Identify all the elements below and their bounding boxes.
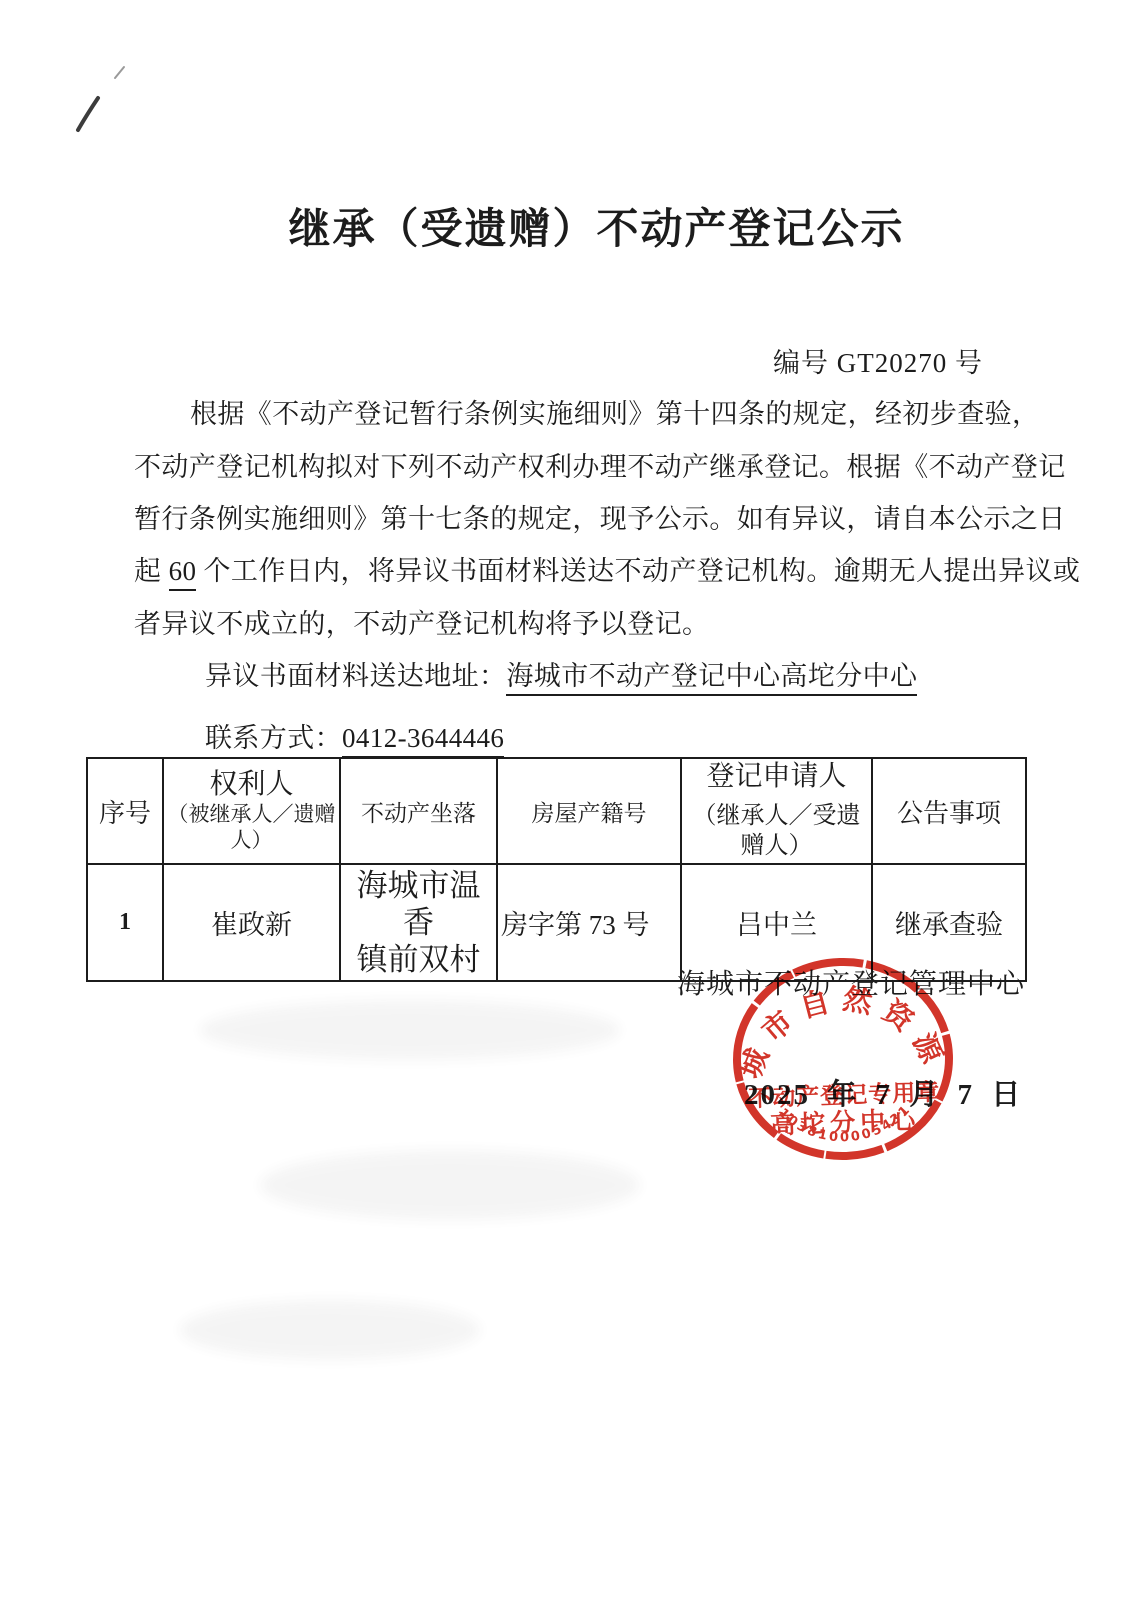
scan-smudge [200, 1000, 620, 1060]
scan-smudge [180, 1300, 480, 1360]
contact-line: 联系方式：0412-3644446 [134, 716, 1097, 755]
contact-phone-underlined: 0412-3644446 [342, 723, 504, 758]
address-label: 异议书面材料送达地址： [205, 661, 506, 691]
seal-ring-text: 海城市自然资源局 [722, 947, 953, 1085]
header-rights-holder: 权利人 （被继承人／遗赠人） [163, 758, 340, 864]
table-header-row: 序号 权利人 （被继承人／遗赠人） 不动产坐落 房屋产籍号 登记申请人 （继承人… [87, 758, 1026, 864]
scanned-notice-page: 继承（受遗赠）不动产登记公示 编号 GT20270 号 根据《不动产登记暂行条例… [0, 0, 1131, 1599]
address-value-underlined: 海城市不动产登记中心高坨分中心 [506, 661, 917, 696]
header-rights-holder-sub: （被继承人／遗赠人） [166, 801, 337, 853]
cell-location-line1: 海城市温香 [343, 867, 494, 941]
scan-smudge [260, 1150, 640, 1220]
body-line-4: 起 60 个工作日内，将异议书面材料送达不动产登记机构。逾期无人提出异议或 [134, 549, 1026, 588]
header-property-location: 不动产坐落 [340, 758, 497, 864]
header-notice-item: 公告事项 [872, 758, 1026, 864]
header-seq: 序号 [87, 758, 163, 864]
svg-text:海城市自然资源局: 海城市自然资源局 [722, 947, 953, 1085]
objection-address-line: 异议书面材料送达地址：海城市不动产登记中心高坨分中心 [134, 654, 1097, 693]
pen-stroke-mark [58, 58, 148, 148]
body-line-3: 暂行条例实施细则》第十七条的规定，现予公示。如有异议，请自本公示之日 [134, 497, 1026, 536]
body-line-4-pre: 起 [134, 556, 169, 586]
body-line-5: 者异议不成立的，不动产登记机构将予以登记。 [134, 602, 1026, 641]
page-title: 继承（受遗赠）不动产登记公示 [0, 196, 1131, 256]
seal-center-text: 不动产登记专用章 [748, 1079, 941, 1112]
deadline-days-underlined: 60 [169, 556, 197, 591]
cell-seq: 1 [87, 864, 163, 981]
header-rights-holder-main: 权利人 [166, 769, 337, 801]
header-applicant-main: 登记申请人 [684, 761, 869, 793]
document-number: 编号 GT20270 号 [773, 341, 983, 380]
header-house-registry-no: 房屋产籍号 [497, 758, 681, 864]
cell-rights-holder: 崔政新 [163, 864, 340, 981]
cell-location-line2: 镇前双村 [343, 941, 494, 978]
contact-label: 联系方式： [205, 723, 342, 753]
header-applicant-sub: （继承人／受遗赠人） [684, 793, 869, 861]
body-line-2: 不动产登记机构拟对下列不动产权利办理不动产继承登记。根据《不动产登记 [134, 445, 1026, 484]
body-line-4-post: 个工作日内，将异议书面材料送达不动产登记机构。逾期无人提出异议或 [196, 556, 1080, 586]
body-line-1: 根据《不动产登记暂行条例实施细则》第十四条的规定，经初步查验， [134, 392, 1082, 431]
header-applicant: 登记申请人 （继承人／受遗赠人） [681, 758, 872, 864]
registration-table: 序号 权利人 （被继承人／遗赠人） 不动产坐落 房屋产籍号 登记申请人 （继承人… [86, 757, 1027, 982]
official-seal: 海城市自然资源局 不动产登记专用章 高坨分中心 210381000054319 [722, 947, 963, 1171]
cell-property-location: 海城市温香 镇前双村 [340, 864, 497, 981]
cell-house-registry-no: 房字第 73 号 [497, 864, 681, 981]
